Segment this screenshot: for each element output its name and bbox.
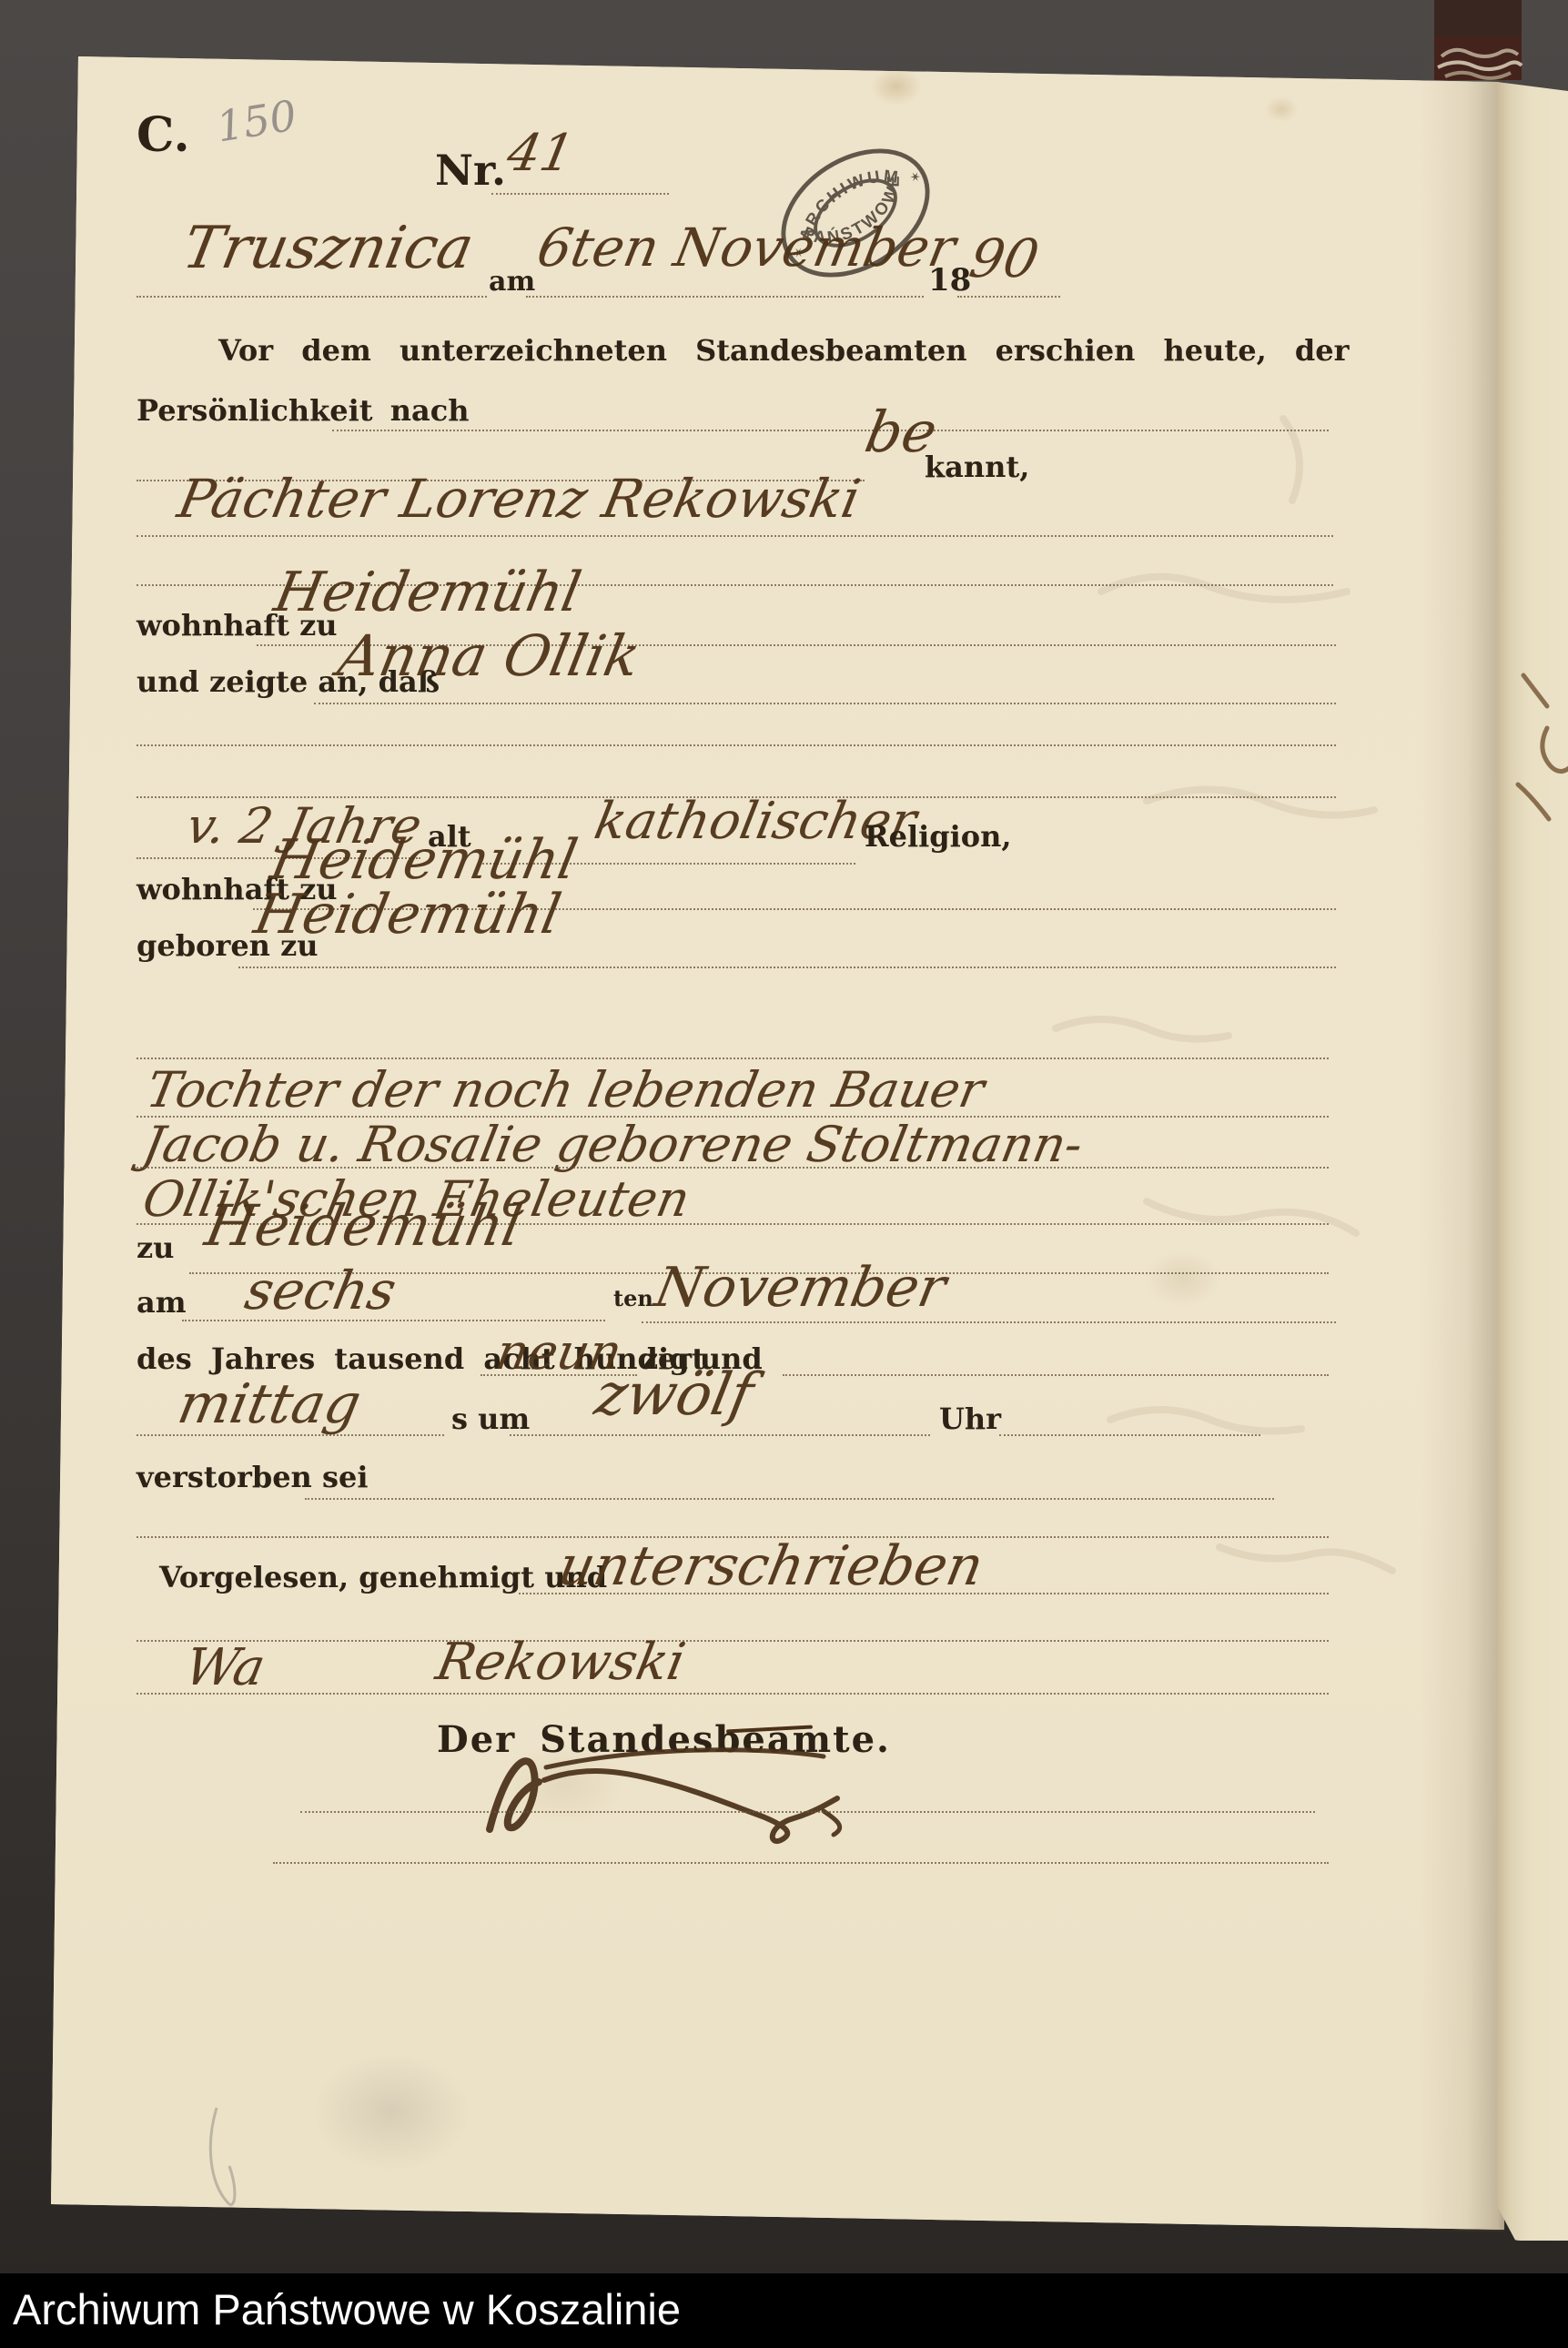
archive-name: Archiwum Państwowe w Koszalinie xyxy=(13,2284,681,2334)
ruled-line xyxy=(273,1862,1329,1864)
archive-caption-bar: Archiwum Państwowe w Koszalinie xyxy=(0,2273,1568,2348)
ruled-line xyxy=(300,1811,1315,1813)
scanned-death-record: ARCHIWUM PAŃSTWOWE ✶ ✶ C. 150 Nr. 41 Tru… xyxy=(0,0,1568,2348)
registrar-signature-flourish xyxy=(0,0,1568,2348)
